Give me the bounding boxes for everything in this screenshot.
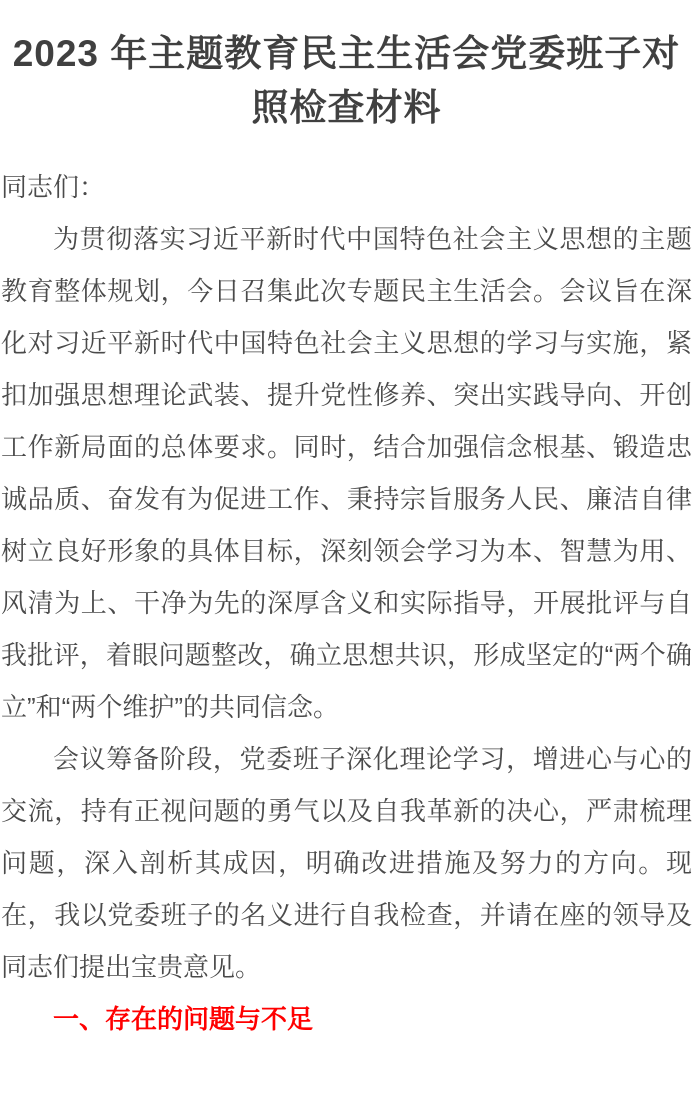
body-paragraph-2: 会议筹备阶段，党委班子深化理论学习，增进心与心的交流，持有正视问题的勇气以及自我…: [1, 733, 692, 993]
document-page: 2023 年主题教育民主生活会党委班子对照检查材料 同志们： 为贯彻落实习近平新…: [0, 0, 693, 1097]
body-paragraph-1: 为贯彻落实习近平新时代中国特色社会主义思想的主题教育整体规划，今日召集此次专题民…: [1, 213, 692, 733]
salutation-line: 同志们：: [1, 161, 692, 213]
section-heading-problems: 一、存在的问题与不足: [1, 993, 692, 1045]
document-title: 2023 年主题教育民主生活会党委班子对照检查材料: [1, 27, 692, 135]
